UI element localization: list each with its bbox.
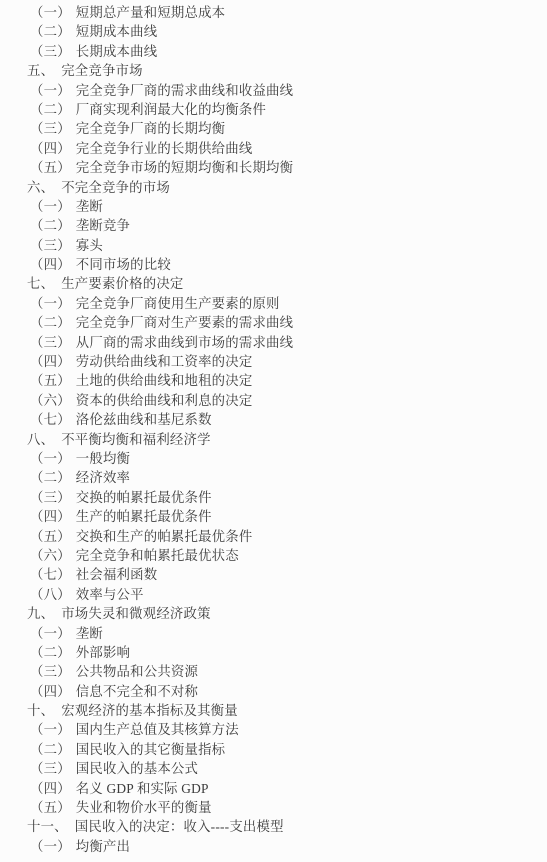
item-title: 国内生产总值及其核算方法 — [76, 722, 239, 737]
toc-line: （五）失业和物价水平的衡量 — [0, 798, 547, 817]
item-marker: 十、 — [27, 701, 54, 720]
toc-line: （一）完全竞争厂商的需求曲线和收益曲线 — [0, 81, 547, 100]
item-marker: （一） — [30, 81, 71, 100]
toc-line: （一）垄断 — [0, 197, 547, 216]
toc-line: （二）短期成本曲线 — [0, 22, 547, 41]
item-marker: （四） — [30, 507, 71, 526]
item-title: 短期成本曲线 — [76, 24, 158, 39]
toc-line: （一）短期总产量和短期总成本 — [0, 3, 547, 22]
item-marker: 六、 — [27, 178, 54, 197]
item-marker: （二） — [30, 468, 71, 487]
toc-line: 七、生产要素价格的决定 — [0, 274, 547, 293]
toc-line: （二）外部影响 — [0, 643, 547, 662]
item-marker: （五） — [30, 798, 71, 817]
toc-line: （四）完全竞争行业的长期供给曲线 — [0, 139, 547, 158]
toc-line: （一）一般均衡 — [0, 449, 547, 468]
toc-line: 八、不平衡均衡和福利经济学 — [0, 430, 547, 449]
toc-line: （五）完全竞争市场的短期均衡和长期均衡 — [0, 158, 547, 177]
item-title: 寡头 — [76, 238, 103, 253]
toc-line: （五）土地的供给曲线和地租的决定 — [0, 371, 547, 390]
item-marker: （一） — [30, 294, 71, 313]
toc-line: （六）完全竞争和帕累托最优状态 — [0, 546, 547, 565]
item-title: 厂商实现利润最大化的均衡条件 — [76, 102, 266, 117]
toc-line: （七）洛伦兹曲线和基尼系数 — [0, 410, 547, 429]
item-title: 国民收入的决定：收入----支出模型 — [75, 819, 284, 834]
item-marker: （三） — [30, 662, 71, 681]
item-marker: 九、 — [27, 604, 54, 623]
item-title: 完全竞争行业的长期供给曲线 — [76, 141, 253, 156]
item-marker: （三） — [30, 759, 71, 778]
item-title: 垄断 — [76, 199, 103, 214]
item-title: 生产的帕累托最优条件 — [76, 509, 212, 524]
item-title: 社会福利函数 — [76, 567, 158, 582]
item-marker: （四） — [30, 255, 71, 274]
toc-line: （三）长期成本曲线 — [0, 42, 547, 61]
toc-line: 十一、国民收入的决定：收入----支出模型 — [0, 817, 547, 836]
toc-line: 九、市场失灵和微观经济政策 — [0, 604, 547, 623]
toc-line: （五）交换和生产的帕累托最优条件 — [0, 527, 547, 546]
item-title: 国民收入的基本公式 — [76, 761, 198, 776]
item-marker: （三） — [30, 333, 71, 352]
toc-line: （二）厂商实现利润最大化的均衡条件 — [0, 100, 547, 119]
toc-line: （八）效率与公平 — [0, 585, 547, 604]
toc-line: （四）生产的帕累托最优条件 — [0, 507, 547, 526]
item-marker: （二） — [30, 313, 71, 332]
item-marker: （二） — [30, 216, 71, 235]
document-page: （一）短期总产量和短期总成本 （二）短期成本曲线 （三）长期成本曲线 五、完全竞… — [0, 0, 547, 862]
toc-line: （二）经济效率 — [0, 468, 547, 487]
item-marker: （四） — [30, 682, 71, 701]
toc-list: （一）短期总产量和短期总成本 （二）短期成本曲线 （三）长期成本曲线 五、完全竞… — [0, 3, 547, 856]
toc-line: 十、宏观经济的基本指标及其衡量 — [0, 701, 547, 720]
item-marker: （一） — [30, 624, 71, 643]
item-title: 经济效率 — [76, 470, 130, 485]
item-marker: （四） — [30, 139, 71, 158]
item-title: 不平衡均衡和福利经济学 — [61, 432, 211, 447]
item-title: 外部影响 — [76, 645, 130, 660]
item-marker: （六） — [30, 546, 71, 565]
toc-line: （二）垄断竞争 — [0, 216, 547, 235]
item-title: 长期成本曲线 — [76, 44, 158, 59]
item-title: 市场失灵和微观经济政策 — [61, 606, 211, 621]
item-title: 生产要素价格的决定 — [61, 276, 183, 291]
item-marker: 十一、 — [27, 817, 68, 836]
item-marker: （五） — [30, 527, 71, 546]
toc-line: （七）社会福利函数 — [0, 565, 547, 584]
item-marker: （三） — [30, 119, 71, 138]
item-title: 国民收入的其它衡量指标 — [76, 742, 226, 757]
item-marker: （三） — [30, 488, 71, 507]
item-title: 完全竞争和帕累托最优状态 — [76, 548, 239, 563]
item-title: 完全竞争厂商的长期均衡 — [76, 121, 226, 136]
item-title: 一般均衡 — [76, 451, 130, 466]
item-marker: （三） — [30, 236, 71, 255]
item-title: 信息不完全和不对称 — [76, 684, 198, 699]
item-title: 完全竞争市场 — [61, 63, 143, 78]
toc-line: 六、不完全竞争的市场 — [0, 178, 547, 197]
item-title: 宏观经济的基本指标及其衡量 — [61, 703, 238, 718]
toc-line: （一）垄断 — [0, 624, 547, 643]
item-title: 完全竞争厂商对生产要素的需求曲线 — [76, 315, 293, 330]
item-title: 洛伦兹曲线和基尼系数 — [76, 412, 212, 427]
toc-line: （三）完全竞争厂商的长期均衡 — [0, 119, 547, 138]
item-marker: （三） — [30, 42, 71, 61]
toc-line: （六）资本的供给曲线和利息的决定 — [0, 391, 547, 410]
toc-line: 五、完全竞争市场 — [0, 61, 547, 80]
item-marker: （二） — [30, 100, 71, 119]
toc-line: （三）公共物品和公共资源 — [0, 662, 547, 681]
item-title: 资本的供给曲线和利息的决定 — [76, 393, 253, 408]
item-marker: （二） — [30, 740, 71, 759]
item-marker: （一） — [30, 3, 71, 22]
item-marker: （八） — [30, 585, 71, 604]
toc-line: （二）完全竞争厂商对生产要素的需求曲线 — [0, 313, 547, 332]
item-marker: （四） — [30, 352, 71, 371]
item-title: 不同市场的比较 — [76, 257, 171, 272]
toc-line: （三）交换的帕累托最优条件 — [0, 488, 547, 507]
item-title: 短期总产量和短期总成本 — [76, 5, 226, 20]
item-marker: （一） — [30, 720, 71, 739]
toc-line: （三）国民收入的基本公式 — [0, 759, 547, 778]
item-title: 名义 GDP 和实际 GDP — [76, 781, 209, 796]
item-title: 垄断竞争 — [76, 218, 130, 233]
item-title: 从厂商的需求曲线到市场的需求曲线 — [76, 335, 293, 350]
item-title: 效率与公平 — [76, 587, 144, 602]
item-marker: （二） — [30, 22, 71, 41]
item-title: 完全竞争厂商的需求曲线和收益曲线 — [76, 83, 293, 98]
item-marker: （六） — [30, 391, 71, 410]
toc-line: （四）不同市场的比较 — [0, 255, 547, 274]
toc-line: （一）完全竞争厂商使用生产要素的原则 — [0, 294, 547, 313]
toc-line: （四）名义 GDP 和实际 GDP — [0, 779, 547, 798]
toc-line: （三）寡头 — [0, 236, 547, 255]
item-marker: （一） — [30, 837, 71, 856]
toc-line: （四）劳动供给曲线和工资率的决定 — [0, 352, 547, 371]
item-title: 交换和生产的帕累托最优条件 — [76, 529, 253, 544]
item-marker: （七） — [30, 410, 71, 429]
item-marker: 八、 — [27, 430, 54, 449]
toc-line: （一）国内生产总值及其核算方法 — [0, 720, 547, 739]
toc-line: （三）从厂商的需求曲线到市场的需求曲线 — [0, 333, 547, 352]
item-title: 均衡产出 — [76, 839, 130, 854]
toc-line: （二）国民收入的其它衡量指标 — [0, 740, 547, 759]
toc-line: （四）信息不完全和不对称 — [0, 682, 547, 701]
item-marker: （七） — [30, 565, 71, 584]
item-title: 交换的帕累托最优条件 — [76, 490, 212, 505]
item-marker: （四） — [30, 779, 71, 798]
item-marker: （五） — [30, 158, 71, 177]
item-marker: 五、 — [27, 61, 54, 80]
item-title: 劳动供给曲线和工资率的决定 — [76, 354, 253, 369]
item-title: 不完全竞争的市场 — [61, 180, 170, 195]
item-marker: （一） — [30, 449, 71, 468]
item-title: 完全竞争市场的短期均衡和长期均衡 — [76, 160, 293, 175]
toc-line: （一）均衡产出 — [0, 837, 547, 856]
item-title: 失业和物价水平的衡量 — [76, 800, 212, 815]
item-marker: 七、 — [27, 274, 54, 293]
item-title: 完全竞争厂商使用生产要素的原则 — [76, 296, 280, 311]
item-title: 垄断 — [76, 626, 103, 641]
item-title: 公共物品和公共资源 — [76, 664, 198, 679]
item-marker: （五） — [30, 371, 71, 390]
item-marker: （一） — [30, 197, 71, 216]
item-title: 土地的供给曲线和地租的决定 — [76, 373, 253, 388]
item-marker: （二） — [30, 643, 71, 662]
